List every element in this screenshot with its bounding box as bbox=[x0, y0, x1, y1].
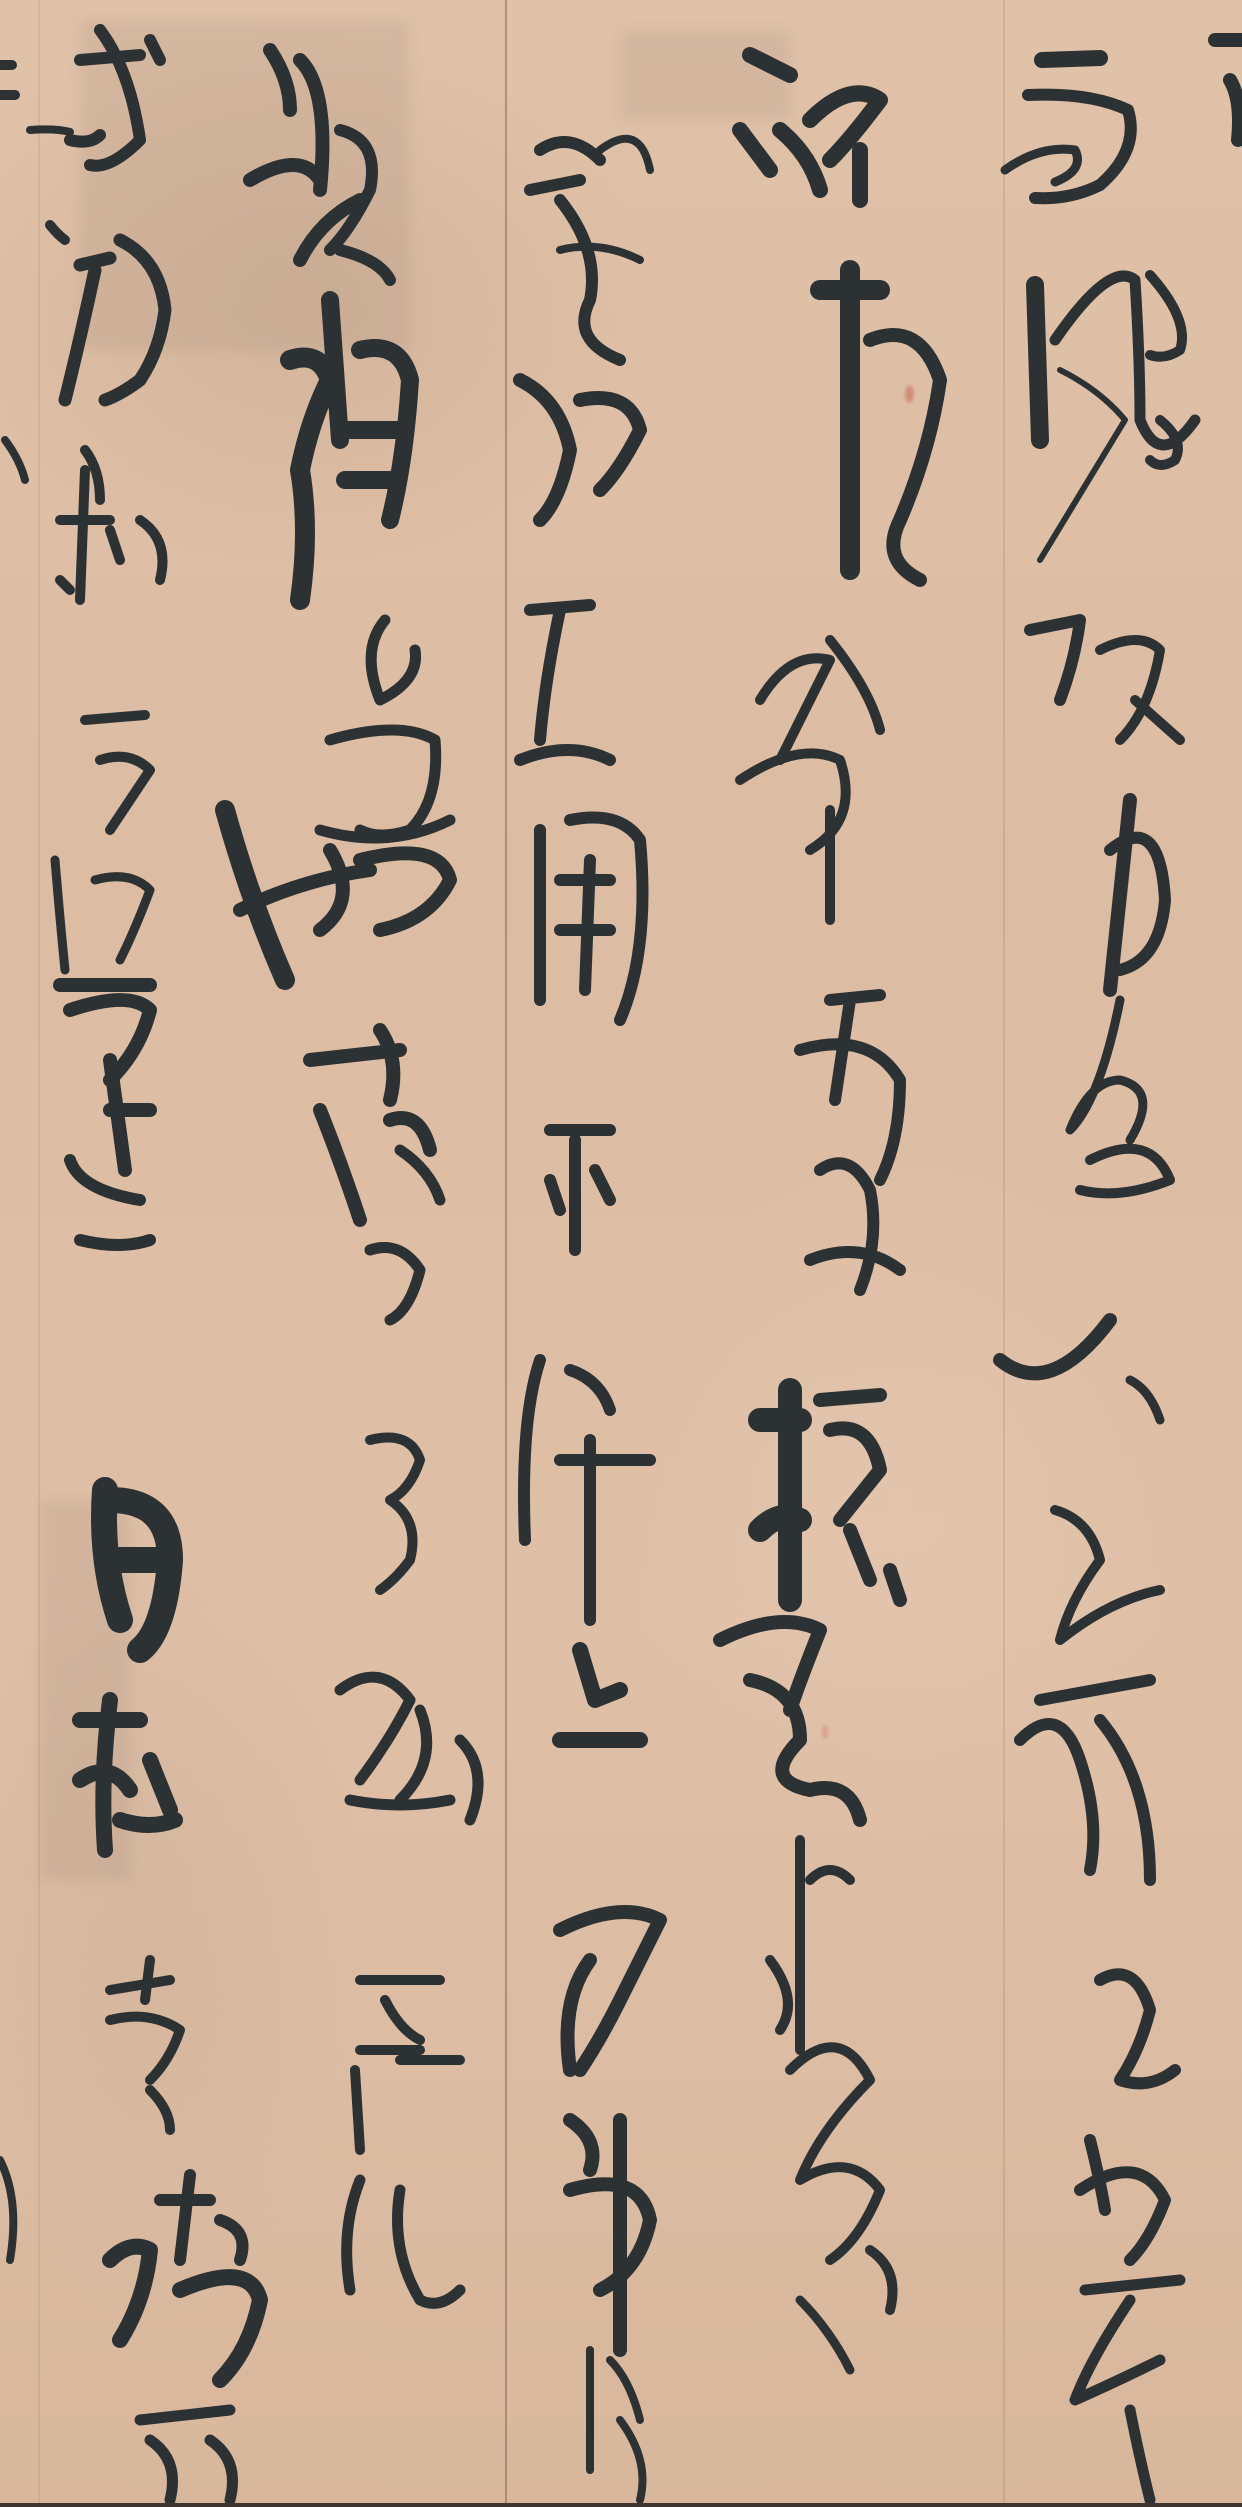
brush-stroke bbox=[760, 640, 880, 760]
brush-stroke bbox=[65, 240, 165, 400]
glyph-group-col-5 bbox=[55, 30, 260, 2500]
brush-stroke bbox=[360, 1980, 440, 2050]
brush-stroke bbox=[810, 1163, 900, 1290]
brush-stroke bbox=[0, 65, 15, 95]
brush-strokes bbox=[0, 0, 1242, 2507]
brush-stroke bbox=[340, 1677, 478, 1820]
brush-stroke bbox=[50, 225, 65, 240]
brush-stroke bbox=[1028, 95, 1131, 199]
brush-stroke bbox=[240, 850, 450, 930]
brush-stroke bbox=[570, 2120, 650, 2350]
brush-stroke bbox=[820, 1395, 900, 1600]
brush-stroke bbox=[1100, 640, 1160, 740]
brush-stroke bbox=[520, 380, 640, 520]
brush-stroke bbox=[0, 2160, 13, 2260]
glyph-group-col-4 bbox=[225, 50, 478, 2303]
brush-stroke bbox=[110, 2247, 260, 2380]
brush-stroke bbox=[1075, 2280, 1180, 2500]
brush-stroke bbox=[55, 860, 150, 970]
brush-stroke bbox=[30, 129, 70, 132]
brush-stroke bbox=[800, 2300, 850, 2370]
brush-stroke bbox=[60, 450, 163, 600]
brush-stroke bbox=[790, 2047, 893, 2310]
brush-stroke bbox=[740, 753, 846, 920]
brush-stroke bbox=[540, 818, 643, 1021]
brush-stroke bbox=[524, 1360, 650, 1620]
brush-stroke bbox=[5, 440, 25, 480]
brush-stroke bbox=[1005, 149, 1078, 182]
brush-stroke bbox=[560, 1650, 640, 1740]
brush-stroke bbox=[800, 995, 900, 1180]
brush-stroke bbox=[1055, 1510, 1160, 1640]
brush-stroke bbox=[820, 270, 880, 570]
brush-stroke bbox=[110, 1960, 180, 2130]
brush-stroke bbox=[720, 1622, 860, 1820]
brush-stroke bbox=[1100, 1974, 1175, 2083]
brush-stroke bbox=[70, 30, 160, 166]
brush-stroke bbox=[1080, 2140, 1165, 2260]
brush-stroke bbox=[370, 1150, 440, 1320]
brush-stroke bbox=[520, 605, 610, 760]
brush-stroke bbox=[310, 1030, 430, 1220]
brush-stroke bbox=[1135, 700, 1180, 740]
brush-stroke bbox=[760, 1390, 800, 1600]
brush-stroke bbox=[1080, 1149, 1170, 1194]
brush-stroke bbox=[1040, 370, 1125, 560]
brush-stroke bbox=[770, 1840, 850, 2050]
brush-stroke bbox=[1030, 620, 1080, 700]
brush-stroke bbox=[160, 2175, 243, 2260]
brush-stroke bbox=[1042, 58, 1100, 60]
glyph-group-col-2 bbox=[720, 55, 940, 2370]
brush-stroke bbox=[1150, 275, 1182, 357]
glyph-group-col-3 bbox=[520, 139, 660, 2500]
calligraphy-scroll: … 而風規自遠子敬已下莫 不鼓努為力標置成體 豈獨工用不侔亦乃神情 懸隔者也或有… bbox=[0, 0, 1242, 2507]
scroll-bottom-border bbox=[0, 2503, 1242, 2507]
brush-stroke bbox=[355, 2060, 460, 2150]
brush-stroke bbox=[1000, 1320, 1110, 1373]
brush-stroke bbox=[85, 715, 150, 830]
brush-stroke bbox=[104, 1490, 170, 1650]
brush-stroke bbox=[140, 2410, 233, 2500]
brush-stroke bbox=[347, 2180, 460, 2303]
brush-stroke bbox=[1020, 1680, 1150, 1880]
brush-stroke bbox=[590, 2350, 643, 2500]
brush-stroke bbox=[70, 1160, 150, 1245]
brush-stroke bbox=[870, 335, 940, 580]
brush-stroke bbox=[1215, 40, 1242, 140]
brush-stroke bbox=[1035, 285, 1040, 440]
brush-stroke bbox=[320, 620, 450, 838]
brush-stroke bbox=[60, 985, 150, 1170]
brush-stroke bbox=[550, 1130, 610, 1250]
brush-stroke bbox=[1130, 1380, 1160, 1420]
glyph-group-edges bbox=[0, 40, 1242, 2260]
brush-stroke bbox=[370, 1438, 420, 1591]
brush-stroke bbox=[290, 358, 330, 601]
brush-stroke bbox=[560, 1912, 660, 2070]
brush-stroke bbox=[330, 300, 410, 520]
brush-stroke bbox=[1070, 1000, 1143, 1140]
brush-stroke bbox=[80, 1700, 175, 1850]
